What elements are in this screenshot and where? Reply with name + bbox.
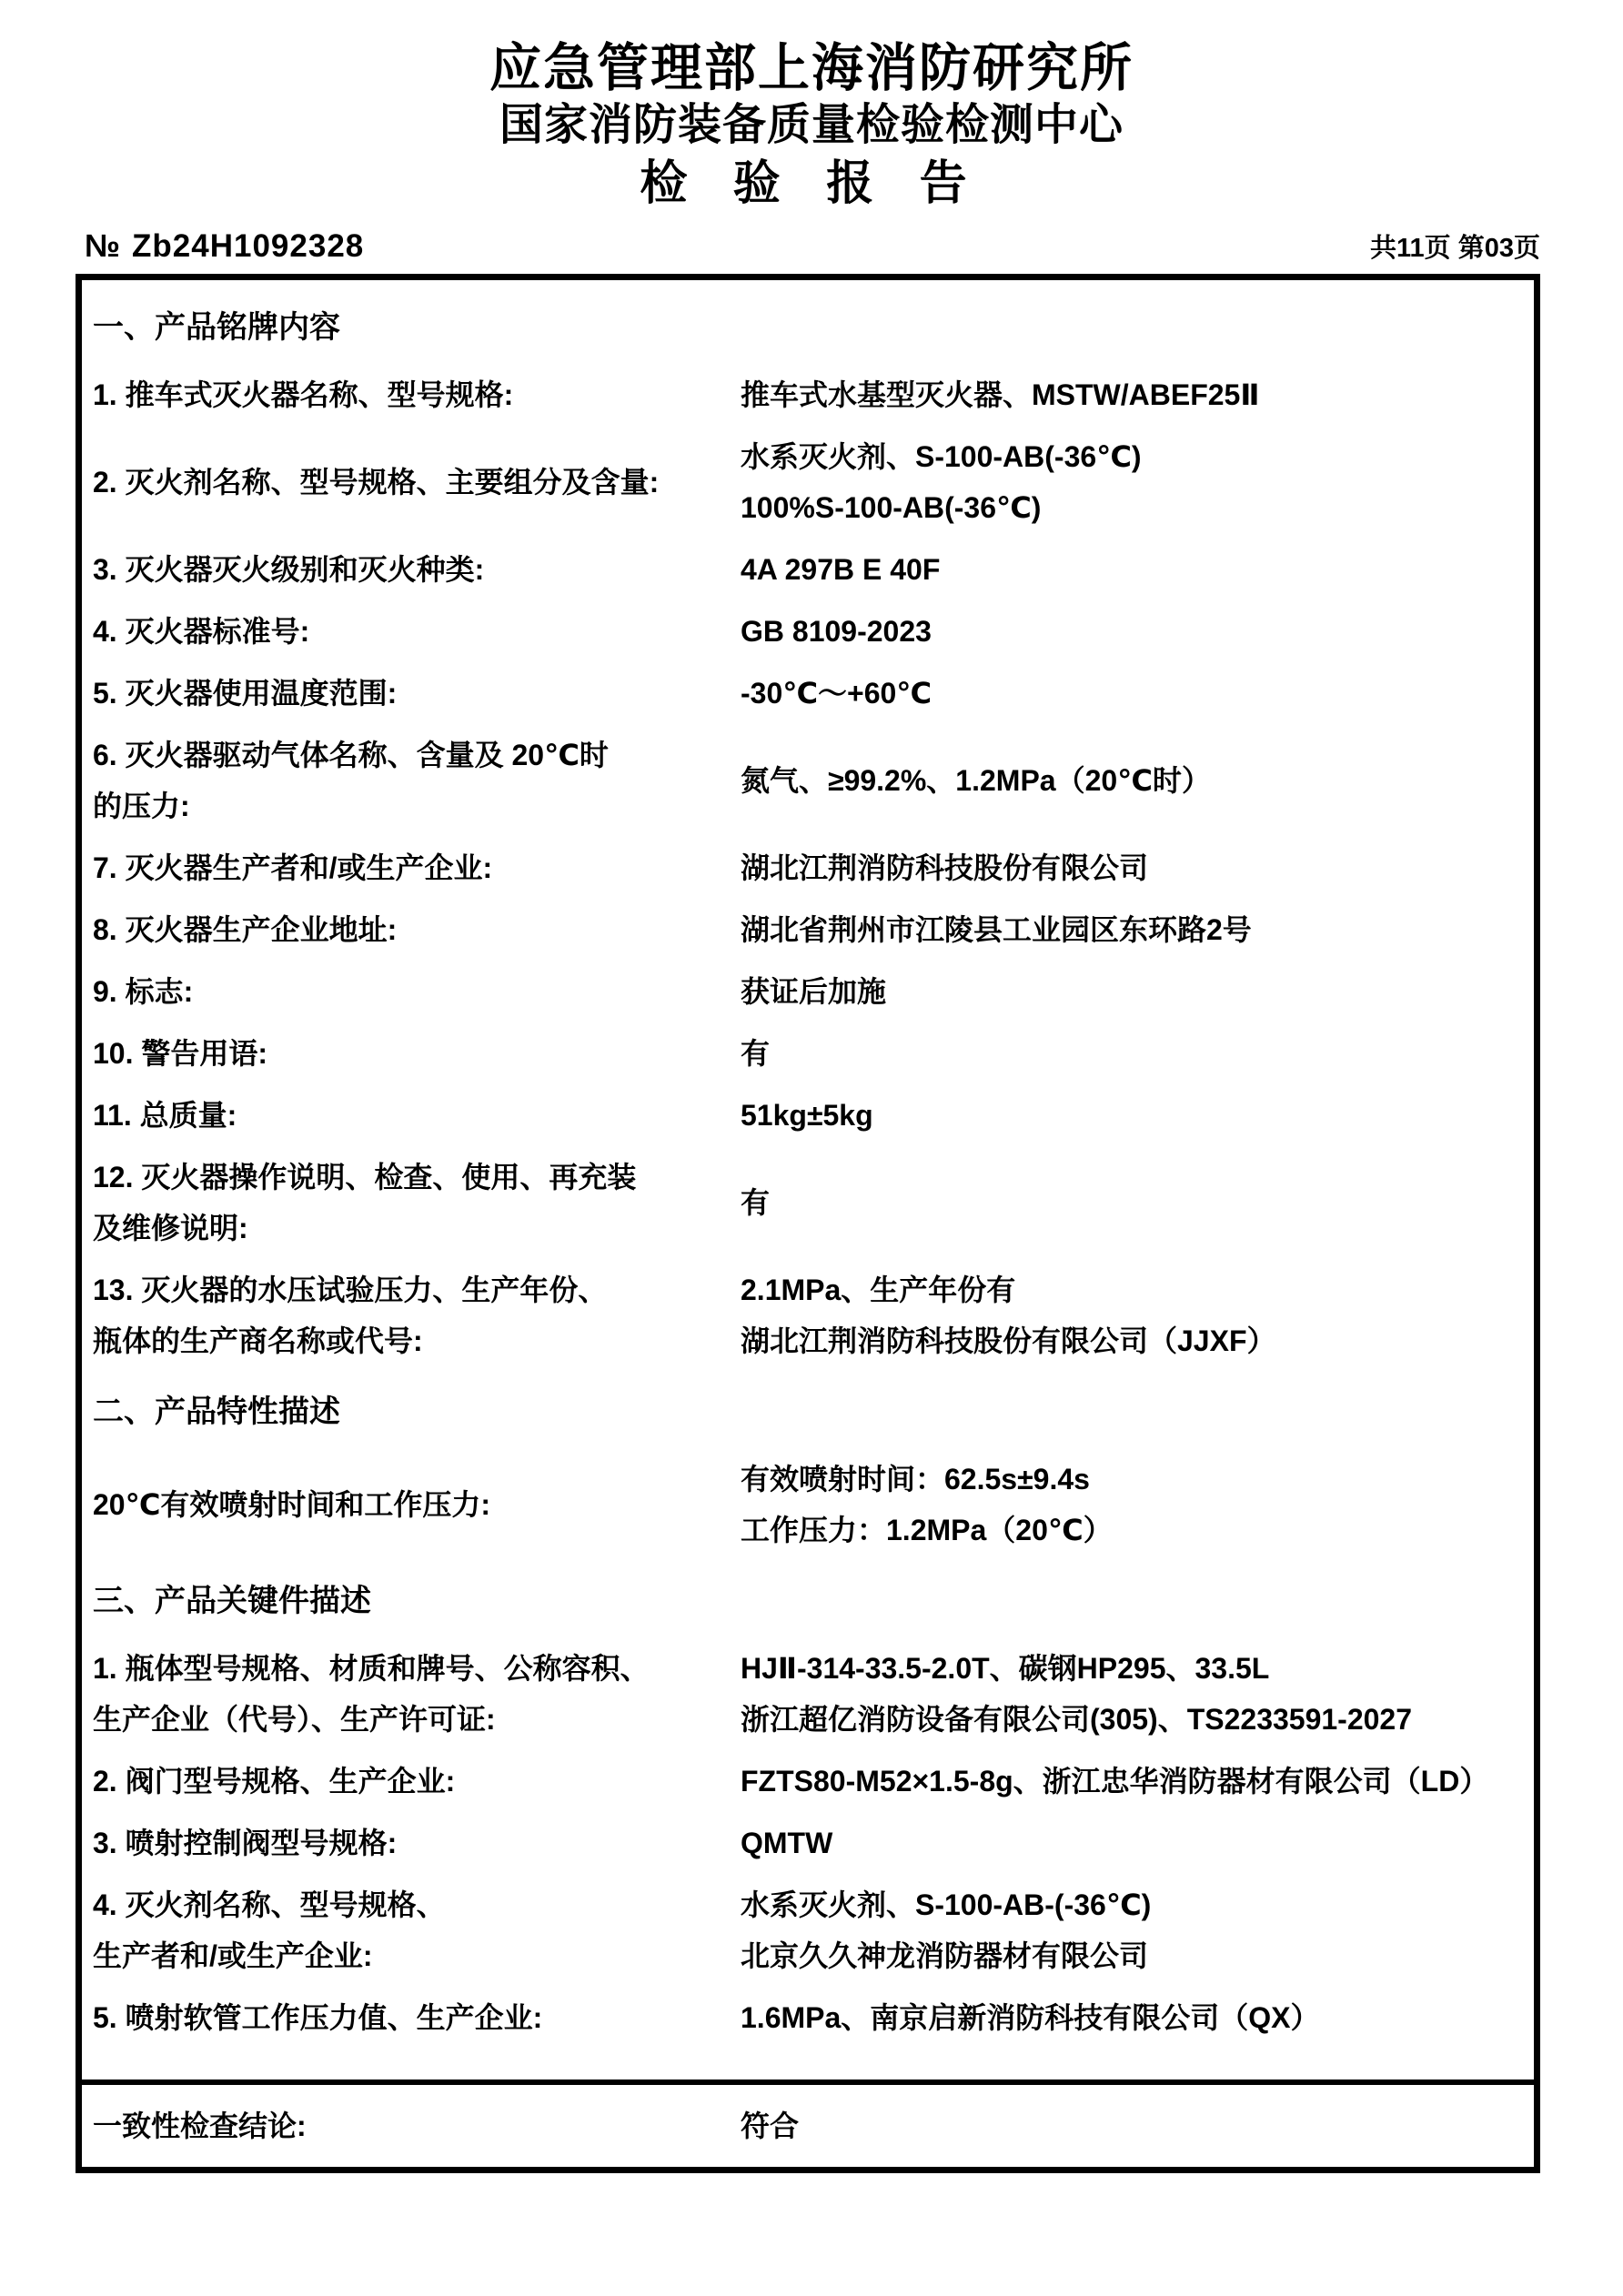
table-row: 11. 总质量: 51kg±5kg: [93, 1090, 1521, 1141]
row-value: 水系灭火剂、S-100-AB(-36℃) 100%S-100-AB(-36℃): [741, 431, 1521, 533]
row-value: 4A 297B E 40F: [741, 544, 1521, 595]
numero-sign: №: [85, 228, 121, 264]
table-row: 6. 灭火器驱动气体名称、含量及 20℃时 的压力: 氮气、≥99.2%、1.2…: [93, 730, 1521, 831]
row-label: 5. 喷射软管工作压力值、生产企业:: [93, 1992, 741, 2043]
report-number-value: Zb24H1092328: [132, 228, 364, 264]
row-label: 12. 灭火器操作说明、检查、使用、再充装 及维修说明:: [93, 1152, 741, 1254]
row-label: 2. 灭火剂名称、型号规格、主要组分及含量:: [93, 457, 741, 508]
report-number: №Zb24H1092328: [85, 228, 364, 265]
row-value: 51kg±5kg: [741, 1090, 1521, 1141]
table-row: 1. 瓶体型号规格、材质和牌号、公称容积、 生产企业（代号）、生产许可证: HJ…: [93, 1643, 1521, 1745]
conformity-value: 符合: [741, 2106, 1521, 2146]
row-label: 10. 警告用语:: [93, 1028, 741, 1079]
row-label: 9. 标志:: [93, 966, 741, 1017]
section-key-components: 三、产品关键件描述 1. 瓶体型号规格、材质和牌号、公称容积、 生产企业（代号）…: [93, 1576, 1521, 2043]
table-row: 4. 灭火剂名称、型号规格、 生产者和/或生产企业: 水系灭火剂、S-100-A…: [93, 1879, 1521, 1981]
row-value: HJⅡ-314-33.5-2.0T、碳钢HP295、33.5L 浙江超亿消防设备…: [741, 1643, 1521, 1745]
table-row: 20℃有效喷射时间和工作压力: 有效喷射时间：62.5s±9.4s 工作压力：1…: [93, 1454, 1521, 1556]
center-title: 国家消防装备质量检验检测中心: [0, 100, 1623, 152]
table-row: 7. 灭火器生产者和/或生产企业: 湖北江荆消防科技股份有限公司: [93, 842, 1521, 893]
conformity-row: 一致性检查结论: 符合: [82, 2079, 1534, 2167]
table-row: 2. 灭火剂名称、型号规格、主要组分及含量: 水系灭火剂、S-100-AB(-3…: [93, 431, 1521, 533]
page-info: 共11页 第03页: [1370, 227, 1540, 265]
row-value: 湖北江荆消防科技股份有限公司: [741, 842, 1521, 893]
row-value: GB 8109-2023: [741, 606, 1521, 657]
table-row: 3. 喷射控制阀型号规格: QMTW: [93, 1818, 1521, 1868]
table-row: 12. 灭火器操作说明、检查、使用、再充装 及维修说明: 有: [93, 1152, 1521, 1254]
report-page: 应急管理部上海消防研究所 国家消防装备质量检验检测中心 检 验 报 告 №Zb2…: [0, 0, 1623, 2296]
table-row: 8. 灭火器生产企业地址: 湖北省荆州市江陵县工业园区东环路2号: [93, 904, 1521, 955]
row-label: 1. 推车式灭火器名称、型号规格:: [93, 369, 741, 420]
section-product-characteristics: 二、产品特性描述 20℃有效喷射时间和工作压力: 有效喷射时间：62.5s±9.…: [93, 1386, 1521, 1556]
section-product-nameplate: 一、产品铭牌内容 1. 推车式灭火器名称、型号规格: 推车式水基型灭火器、MST…: [93, 302, 1521, 1366]
section-heading: 一、产品铭牌内容: [93, 302, 1521, 353]
meta-row: №Zb24H1092328 共11页 第03页: [85, 227, 1540, 265]
row-label: 8. 灭火器生产企业地址:: [93, 904, 741, 955]
table-main: 一、产品铭牌内容 1. 推车式灭火器名称、型号规格: 推车式水基型灭火器、MST…: [82, 280, 1534, 2079]
row-label: 5. 灭火器使用温度范围:: [93, 668, 741, 719]
row-value: 湖北省荆州市江陵县工业园区东环路2号: [741, 904, 1521, 955]
table-row: 4. 灭火器标准号: GB 8109-2023: [93, 606, 1521, 657]
row-label: 3. 灭火器灭火级别和灭火种类:: [93, 544, 741, 595]
report-table: 一、产品铭牌内容 1. 推车式灭火器名称、型号规格: 推车式水基型灭火器、MST…: [76, 274, 1540, 2173]
row-label: 2. 阀门型号规格、生产企业:: [93, 1756, 741, 1807]
row-value: 水系灭火剂、S-100-AB-(-36℃) 北京久久神龙消防器材有限公司: [741, 1879, 1521, 1981]
row-value: 推车式水基型灭火器、MSTW/ABEF25Ⅱ: [741, 369, 1521, 420]
row-label: 7. 灭火器生产者和/或生产企业:: [93, 842, 741, 893]
row-label: 1. 瓶体型号规格、材质和牌号、公称容积、 生产企业（代号）、生产许可证:: [93, 1643, 741, 1745]
section-heading: 二、产品特性描述: [93, 1386, 1521, 1437]
row-value: 获证后加施: [741, 966, 1521, 1017]
table-row: 10. 警告用语: 有: [93, 1028, 1521, 1079]
row-label: 11. 总质量:: [93, 1090, 741, 1141]
row-label: 13. 灭火器的水压试验压力、生产年份、 瓶体的生产商名称或代号:: [93, 1264, 741, 1366]
row-value: FZTS80-M52×1.5-8g、浙江忠华消防器材有限公司（LD）: [741, 1756, 1521, 1807]
report-header: 应急管理部上海消防研究所 国家消防装备质量检验检测中心 检 验 报 告: [0, 0, 1623, 213]
table-row: 3. 灭火器灭火级别和灭火种类: 4A 297B E 40F: [93, 544, 1521, 595]
org-title: 应急管理部上海消防研究所: [0, 40, 1623, 98]
row-value: 氮气、≥99.2%、1.2MPa（20℃时）: [741, 755, 1521, 806]
conformity-label: 一致性检查结论:: [93, 2106, 741, 2146]
row-value: 有: [741, 1028, 1521, 1079]
row-value: -30℃～+60℃: [741, 668, 1521, 719]
table-row: 13. 灭火器的水压试验压力、生产年份、 瓶体的生产商名称或代号: 2.1MPa…: [93, 1264, 1521, 1366]
row-label: 4. 灭火剂名称、型号规格、 生产者和/或生产企业:: [93, 1879, 741, 1981]
section-heading: 三、产品关键件描述: [93, 1576, 1521, 1626]
row-label: 3. 喷射控制阀型号规格:: [93, 1818, 741, 1868]
row-value: 有: [741, 1177, 1521, 1228]
table-row: 1. 推车式灭火器名称、型号规格: 推车式水基型灭火器、MSTW/ABEF25Ⅱ: [93, 369, 1521, 420]
table-row: 9. 标志: 获证后加施: [93, 966, 1521, 1017]
row-label: 20℃有效喷射时间和工作压力:: [93, 1479, 741, 1530]
table-row: 2. 阀门型号规格、生产企业: FZTS80-M52×1.5-8g、浙江忠华消防…: [93, 1756, 1521, 1807]
report-title: 检 验 报 告: [0, 156, 1623, 212]
row-label: 6. 灭火器驱动气体名称、含量及 20℃时 的压力:: [93, 730, 741, 831]
row-value: 2.1MPa、生产年份有 湖北江荆消防科技股份有限公司（JJXF）: [741, 1264, 1521, 1366]
table-row: 5. 灭火器使用温度范围: -30℃～+60℃: [93, 668, 1521, 719]
row-label: 4. 灭火器标准号:: [93, 606, 741, 657]
row-value: QMTW: [741, 1818, 1521, 1868]
row-value: 1.6MPa、南京启新消防科技有限公司（QX）: [741, 1992, 1521, 2043]
row-value: 有效喷射时间：62.5s±9.4s 工作压力：1.2MPa（20℃）: [741, 1454, 1521, 1556]
table-row: 5. 喷射软管工作压力值、生产企业: 1.6MPa、南京启新消防科技有限公司（Q…: [93, 1992, 1521, 2043]
